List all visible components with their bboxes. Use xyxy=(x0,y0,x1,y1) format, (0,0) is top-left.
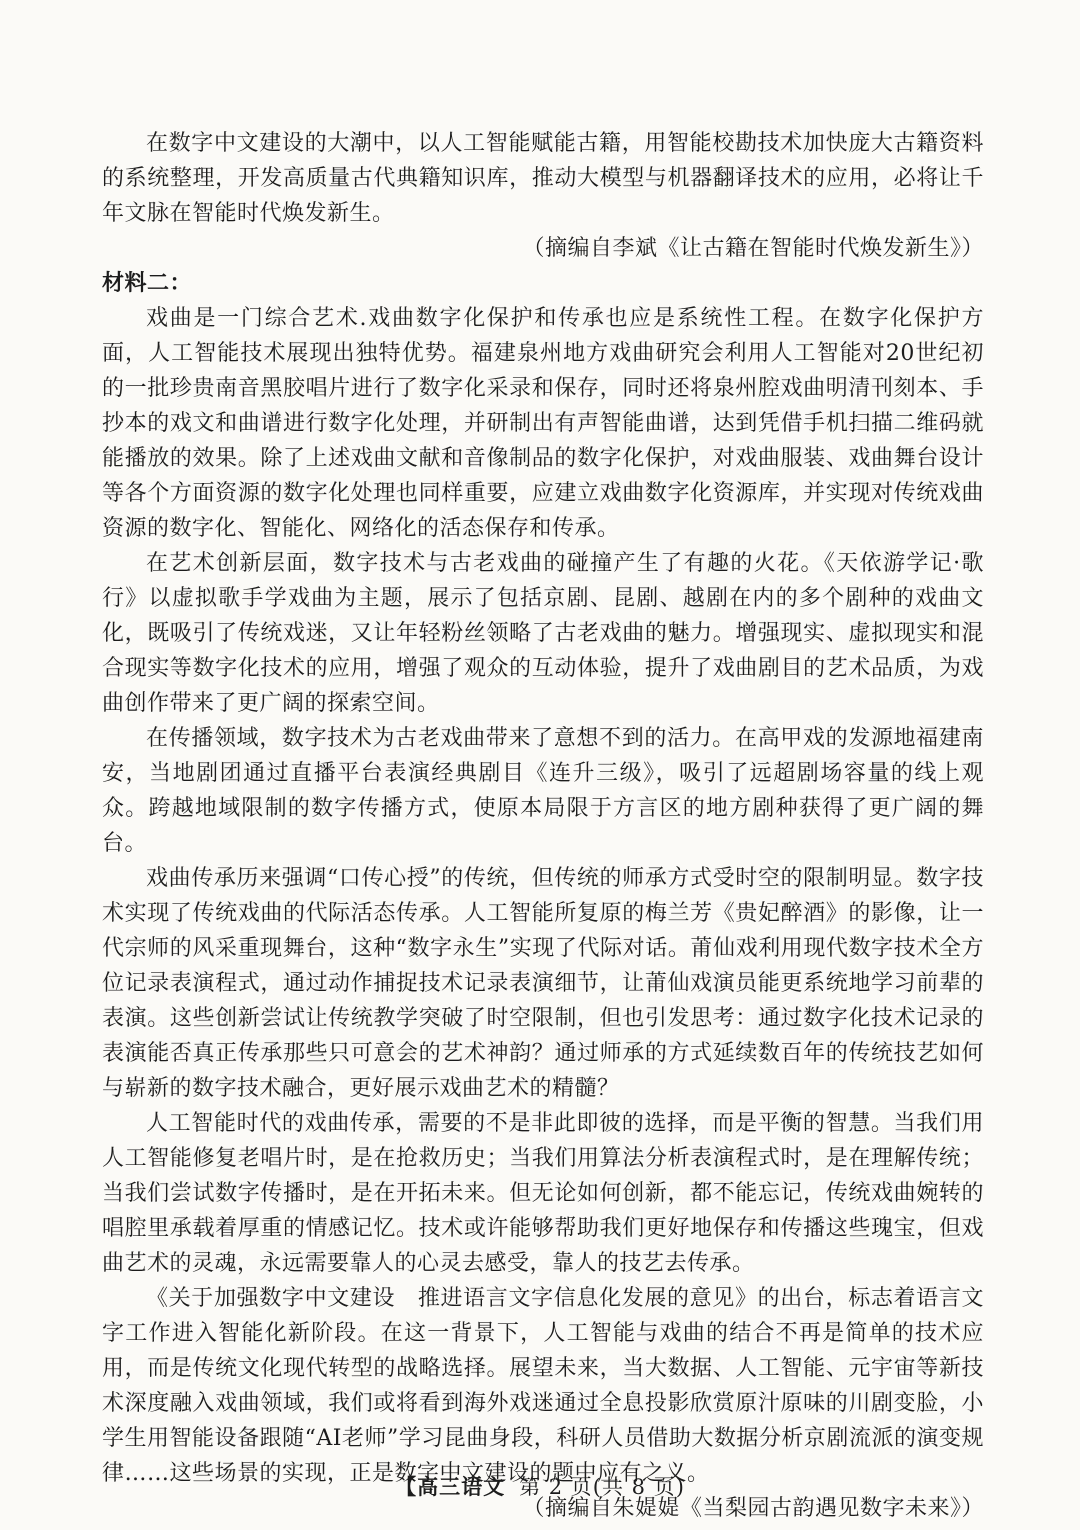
body-paragraph: 戏曲传承历来强调“口传心授”的传统，但传统的师承方式受时空的限制明显。数字技术实… xyxy=(102,861,984,1106)
page-footer: 【高三语文第 2 页(共 8 页) xyxy=(0,1472,1080,1502)
material-one-attribution: （摘编自李斌《让古籍在智能时代焕发新生》） xyxy=(102,231,984,266)
body-paragraph: 人工智能时代的戏曲传承，需要的不是非此即彼的选择，而是平衡的智慧。当我们用人工智… xyxy=(102,1106,984,1281)
body-paragraph: 戏曲是一门综合艺术.戏曲数字化保护和传承也应是系统性工程。在数字化保护方面，人工… xyxy=(102,301,984,546)
material-two-heading: 材料二： xyxy=(102,266,984,301)
footer-page-indicator: 第 2 页(共 8 页) xyxy=(519,1475,685,1499)
body-paragraph: 在传播领域，数字技术为古老戏曲带来了意想不到的活力。在高甲戏的发源地福建南安，当… xyxy=(102,721,984,861)
body-paragraph: 在艺术创新层面，数字技术与古老戏曲的碰撞产生了有趣的火花。《天依游学记·歌行》以… xyxy=(102,546,984,721)
footer-course-label: 【高三语文 xyxy=(395,1474,505,1499)
exam-paper-page: 在数字中文建设的大潮中，以人工智能赋能古籍，用智能校勘技术加快庞大古籍资料的系统… xyxy=(0,0,1080,1530)
intro-paragraph: 在数字中文建设的大潮中，以人工智能赋能古籍，用智能校勘技术加快庞大古籍资料的系统… xyxy=(102,126,984,231)
body-paragraph: 《关于加强数字中文建设 推进语言文字信息化发展的意见》的出台，标志着语言文字工作… xyxy=(102,1281,984,1491)
